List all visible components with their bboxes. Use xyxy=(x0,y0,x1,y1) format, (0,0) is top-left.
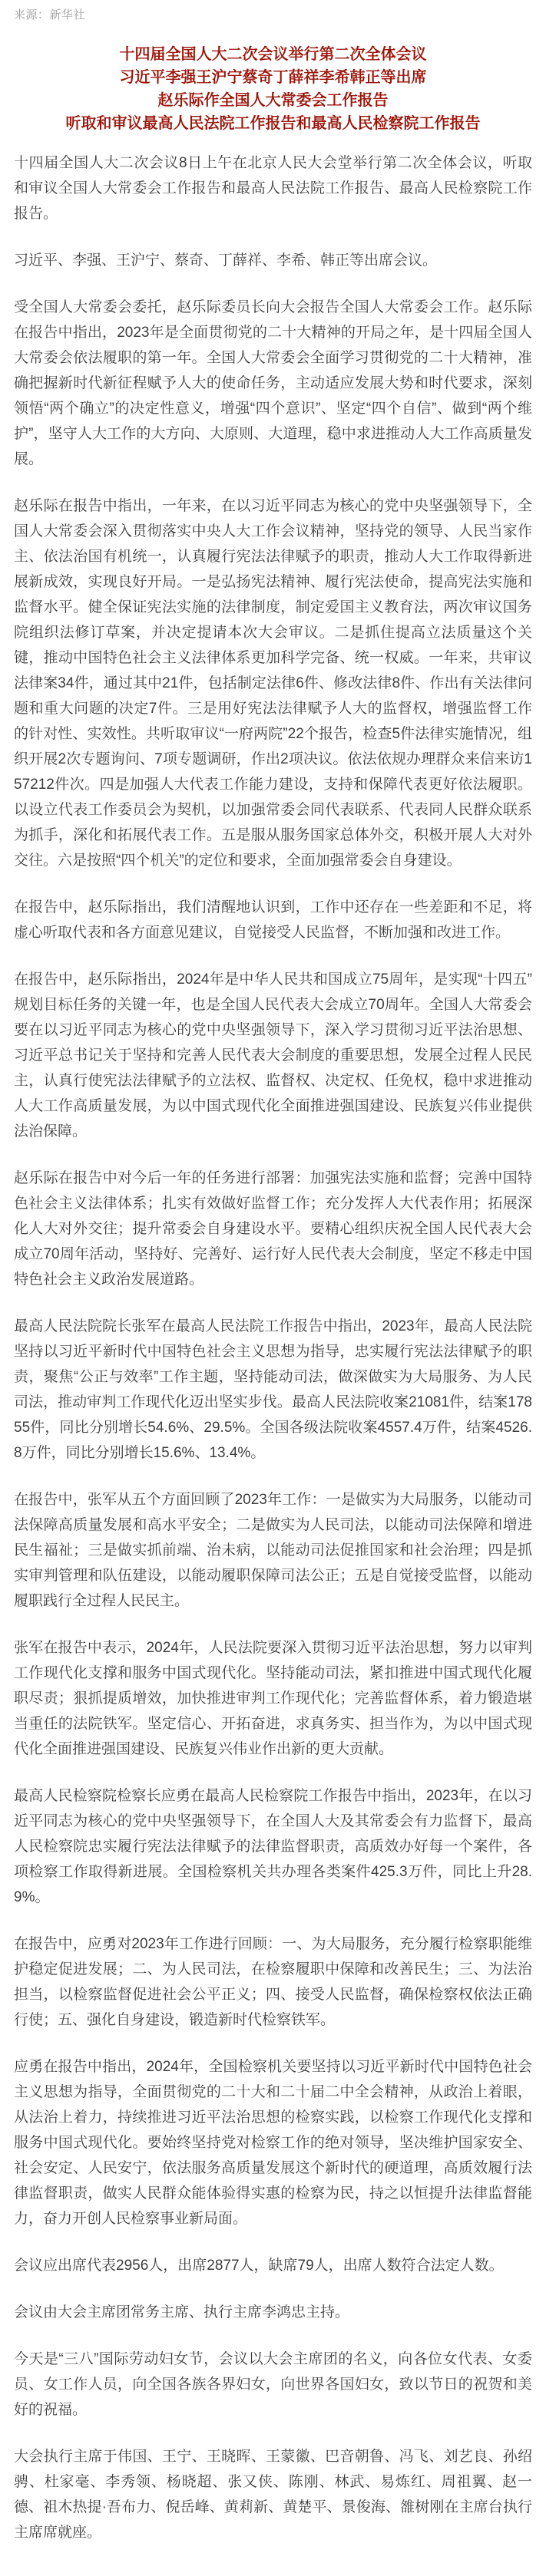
article-source: 来源：新华社 xyxy=(14,8,532,23)
article-paragraph: 在报告中，赵乐际指出，我们清醒地认识到，工作中还存在一些差距和不足，将虚心听取代… xyxy=(14,895,532,945)
headline-line-3: 赵乐际作全国人大常委会工作报告 xyxy=(14,89,532,112)
article-paragraph: 会议应出席代表2956人，出席2877人，缺席79人，出席人数符合法定人数。 xyxy=(14,2253,532,2278)
article-paragraph: 会议由大会主席团常务主席、执行主席李鸿忠主持。 xyxy=(14,2300,532,2325)
article-paragraph: 最高人民检察院检察长应勇在最高人民检察院工作报告中指出，2023年，在以习近平同… xyxy=(14,1783,532,1910)
article-paragraph: 张军在报告中表示，2024年，人民法院要深入贯彻习近平法治思想，努力以审判工作现… xyxy=(14,1635,532,1762)
headline-line-2: 习近平李强王沪宁蔡奇丁薛祥李希韩正等出席 xyxy=(14,66,532,89)
article-paragraph: 习近平、李强、王沪宁、蔡奇、丁薛祥、李希、韩正等出席会议。 xyxy=(14,248,532,273)
article-body: 十四届全国人大二次会议8日上午在北京人民大会堂举行第二次全体会议，听取和审议全国… xyxy=(14,150,532,2545)
article-paragraph: 赵乐际在报告中指出，一年来，在以习近平同志为核心的党中央坚强领导下，全国人大常委… xyxy=(14,493,532,873)
article-paragraph: 在报告中，张军从五个方面回顾了2023年工作：一是做实为大局服务，以能动司法保障… xyxy=(14,1487,532,1614)
article-paragraph: 应勇在报告中指出，2024年，全国检察机关要坚持以习近平新时代中国特色社会主义思… xyxy=(14,2054,532,2231)
article-headline: 十四届全国人大二次会议举行第二次全体会议 习近平李强王沪宁蔡奇丁薛祥李希韩正等出… xyxy=(14,43,532,135)
article-paragraph: 赵乐际在报告中对今后一年的任务进行部署：加强宪法实施和监督；完善中国特色社会主义… xyxy=(14,1166,532,1292)
article-page: 来源：新华社 十四届全国人大二次会议举行第二次全体会议 习近平李强王沪宁蔡奇丁薛… xyxy=(0,0,546,2576)
article-paragraph: 十四届全国人大二次会议8日上午在北京人民大会堂举行第二次全体会议，听取和审议全国… xyxy=(14,150,532,226)
headline-line-4: 听取和审议最高人民法院工作报告和最高人民检察院工作报告 xyxy=(14,112,532,135)
article-paragraph: 大会执行主席于伟国、王宁、王晓晖、王蒙徽、巴音朝鲁、冯飞、刘艺良、孙绍骋、杜家毫… xyxy=(14,2444,532,2545)
article-paragraph: 在报告中，应勇对2023年工作进行回顾：一、为大局服务，充分履行检察职能维护稳定… xyxy=(14,1931,532,2033)
article-paragraph: 今天是“三八”国际劳动妇女节，会议以大会主席团的名义，向各位女代表、女委员、女工… xyxy=(14,2347,532,2423)
article-paragraph: 受全国人大常委会委托，赵乐际委员长向大会报告全国人大常委会工作。赵乐际在报告中指… xyxy=(14,295,532,472)
headline-line-1: 十四届全国人大二次会议举行第二次全体会议 xyxy=(14,43,532,66)
article-paragraph: 在报告中，赵乐际指出，2024年是中华人民共和国成立75周年，是实现“十四五”规… xyxy=(14,967,532,1144)
article-paragraph: 最高人民法院院长张军在最高人民法院工作报告中指出，2023年，最高人民法院坚持以… xyxy=(14,1314,532,1466)
